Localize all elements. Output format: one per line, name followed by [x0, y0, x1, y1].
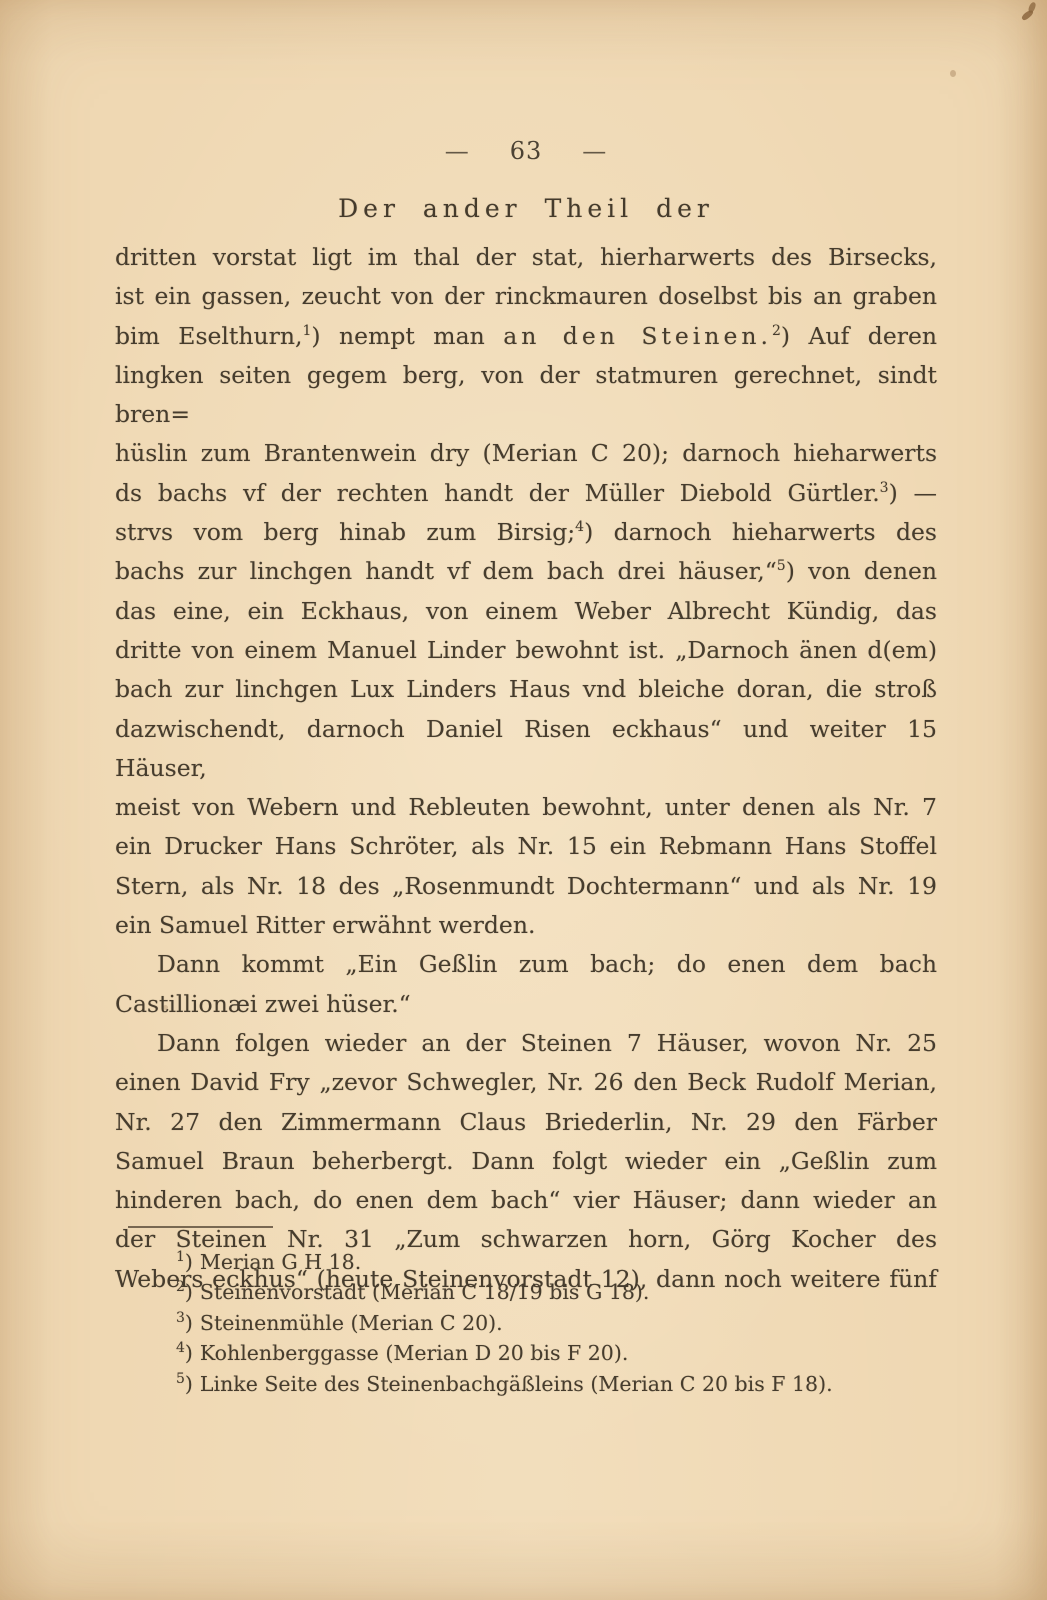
- text-segment: ) nempt man: [311, 322, 503, 350]
- text-line: ist ein gassen, zeucht von der rinckmaur…: [115, 277, 937, 316]
- footnote-text: Steinenvorstadt (Merian C 18/19 bis G 18…: [200, 1280, 650, 1304]
- footnote-marker: 5: [176, 1371, 185, 1387]
- footnote-marker-suffix: ): [185, 1280, 193, 1304]
- text-segment: meist von Webern und Rebleuten bewohnt, …: [115, 793, 937, 821]
- page-number-value: 63: [510, 137, 543, 165]
- text-line: Dann folgen wieder an der Steinen 7 Häus…: [115, 1024, 937, 1063]
- text-line: meist von Webern und Rebleuten bewohnt, …: [115, 788, 937, 827]
- footnote-marker: 1: [176, 1249, 185, 1265]
- text-line: dazwischendt, darnoch Daniel Risen eckha…: [115, 710, 937, 789]
- text-line: Nr. 27 den Zimmermann Claus Briederlin, …: [115, 1103, 937, 1142]
- text-segment: Nr. 27 den Zimmermann Claus Briederlin, …: [115, 1108, 937, 1136]
- footnote-marker: 3: [176, 1310, 185, 1326]
- text-segment: ) darnoch hieharwerts des: [584, 518, 937, 546]
- text-segment: Dann folgen wieder an der Steinen 7 Häus…: [157, 1029, 937, 1057]
- text-line: einen David Fry „zevor Schwegler, Nr. 26…: [115, 1063, 937, 1102]
- footnote: 4)Kohlenberggasse (Merian D 20 bis F 20)…: [176, 1338, 916, 1368]
- footnote-marker-suffix: ): [185, 1311, 193, 1335]
- text-segment: dritte von einem Manuel Linder bewohnt i…: [115, 636, 937, 664]
- text-segment: bachs zur linchgen handt vf dem bach dre…: [115, 557, 777, 585]
- footnote-ref: 4: [575, 519, 584, 535]
- footnote-marker: 2: [176, 1280, 185, 1296]
- text-line: hüslin zum Brantenwein dry (Merian C 20)…: [115, 434, 937, 473]
- text-segment: ein Samuel Ritter erwähnt werden.: [115, 911, 535, 939]
- footnote-text: Linke Seite des Steinenbachgäßleins (Mer…: [200, 1372, 833, 1396]
- text-segment: Castillionæi zwei hüser.“: [115, 990, 411, 1018]
- footnote-text: Merian G H 18.: [200, 1250, 361, 1274]
- text-segment: lingken seiten gegem berg, von der statm…: [115, 361, 937, 428]
- text-segment: hinderen bach, do enen dem bach“ vier Hä…: [115, 1186, 937, 1214]
- body-text: dritten vorstat ligt im thal der stat, h…: [115, 238, 937, 1299]
- text-line: ein Drucker Hans Schröter, als Nr. 15 ei…: [115, 827, 937, 866]
- book-page: — 63 — Der ander Theil der dritten vorst…: [0, 0, 1047, 1600]
- text-line: strvs vom berg hinab zum Birsig;4) darno…: [115, 513, 937, 552]
- footnote-ref: 2: [772, 323, 781, 339]
- footnote-ref: 3: [880, 480, 889, 496]
- footnotes: 1)Merian G H 18.2)Steinenvorstadt (Meria…: [176, 1247, 916, 1399]
- footnote-marker: 4: [176, 1340, 185, 1356]
- text-segment: ist ein gassen, zeucht von der rinckmaur…: [115, 282, 937, 310]
- footnote-text: Kohlenberggasse (Merian D 20 bis F 20).: [200, 1341, 628, 1365]
- page-number-dash-left: —: [445, 137, 470, 165]
- text-segment: ds bachs vf der rechten handt der Müller…: [115, 479, 880, 507]
- text-segment: ) Auf deren: [781, 322, 937, 350]
- text-line: bim Eselthurn,1) nempt man an den Steine…: [115, 317, 937, 356]
- spaced-text: an den Steinen.: [503, 322, 772, 350]
- chapter-heading: Der ander Theil der: [115, 193, 937, 225]
- footnote-text: Steinenmühle (Merian C 20).: [200, 1311, 503, 1335]
- text-segment: strvs vom berg hinab zum Birsig;: [115, 518, 575, 546]
- text-segment: ein Drucker Hans Schröter, als Nr. 15 ei…: [115, 832, 937, 860]
- footnote-marker-suffix: ): [185, 1341, 193, 1365]
- footnote-marker-suffix: ): [185, 1372, 193, 1396]
- footnote: 1)Merian G H 18.: [176, 1247, 916, 1277]
- text-line: dritte von einem Manuel Linder bewohnt i…: [115, 631, 937, 670]
- text-segment: einen David Fry „zevor Schwegler, Nr. 26…: [115, 1068, 937, 1096]
- footnote: 2)Steinenvorstadt (Merian C 18/19 bis G …: [176, 1277, 916, 1307]
- text-line: ds bachs vf der rechten handt der Müller…: [115, 474, 937, 513]
- text-line: Dann kommt „Ein Geßlin zum bach; do enen…: [115, 945, 937, 984]
- ink-stain: [1027, 1, 1036, 13]
- text-line: ein Samuel Ritter erwähnt werden.: [115, 906, 937, 945]
- text-line: Samuel Braun beherbergt. Dann folgt wied…: [115, 1142, 937, 1181]
- text-segment: bim Eselthurn,: [115, 322, 303, 350]
- paragraph: Dann kommt „Ein Geßlin zum bach; do enen…: [115, 945, 937, 1024]
- paragraph: dritten vorstat ligt im thal der stat, h…: [115, 238, 937, 945]
- paper-speck: [950, 70, 956, 77]
- text-segment: bach zur linchgen Lux Linders Haus vnd b…: [115, 675, 937, 703]
- footnote: 3)Steinenmühle (Merian C 20).: [176, 1308, 916, 1338]
- text-line: das eine, ein Eckhaus, von einem Weber A…: [115, 592, 937, 631]
- text-segment: Samuel Braun beherbergt. Dann folgt wied…: [115, 1147, 937, 1175]
- text-line: dritten vorstat ligt im thal der stat, h…: [115, 238, 937, 277]
- footnote-marker-suffix: ): [185, 1250, 193, 1274]
- text-segment: hüslin zum Brantenwein dry (Merian C 20)…: [115, 439, 937, 467]
- text-line: Stern, als Nr. 18 des „Rosenmundt Dochte…: [115, 867, 937, 906]
- page-number: — 63 —: [115, 137, 937, 165]
- footnote: 5)Linke Seite des Steinenbachgäßleins (M…: [176, 1369, 916, 1399]
- footnote-ref: 5: [777, 559, 786, 575]
- text-line: bach zur linchgen Lux Linders Haus vnd b…: [115, 670, 937, 709]
- page-number-dash-right: —: [582, 137, 607, 165]
- footnote-rule: [128, 1226, 273, 1228]
- text-segment: Stern, als Nr. 18 des „Rosenmundt Dochte…: [115, 872, 937, 900]
- text-segment: Dann kommt „Ein Geßlin zum bach; do enen…: [157, 950, 937, 978]
- text-segment: ) von denen: [786, 557, 937, 585]
- text-line: hinderen bach, do enen dem bach“ vier Hä…: [115, 1181, 937, 1220]
- text-segment: ) —: [889, 479, 937, 507]
- text-segment: dritten vorstat ligt im thal der stat, h…: [115, 243, 937, 271]
- text-line: bachs zur linchgen handt vf dem bach dre…: [115, 552, 937, 591]
- text-segment: dazwischendt, darnoch Daniel Risen eckha…: [115, 715, 937, 782]
- text-line: Castillionæi zwei hüser.“: [115, 985, 937, 1024]
- text-line: lingken seiten gegem berg, von der statm…: [115, 356, 937, 435]
- text-segment: das eine, ein Eckhaus, von einem Weber A…: [115, 597, 937, 625]
